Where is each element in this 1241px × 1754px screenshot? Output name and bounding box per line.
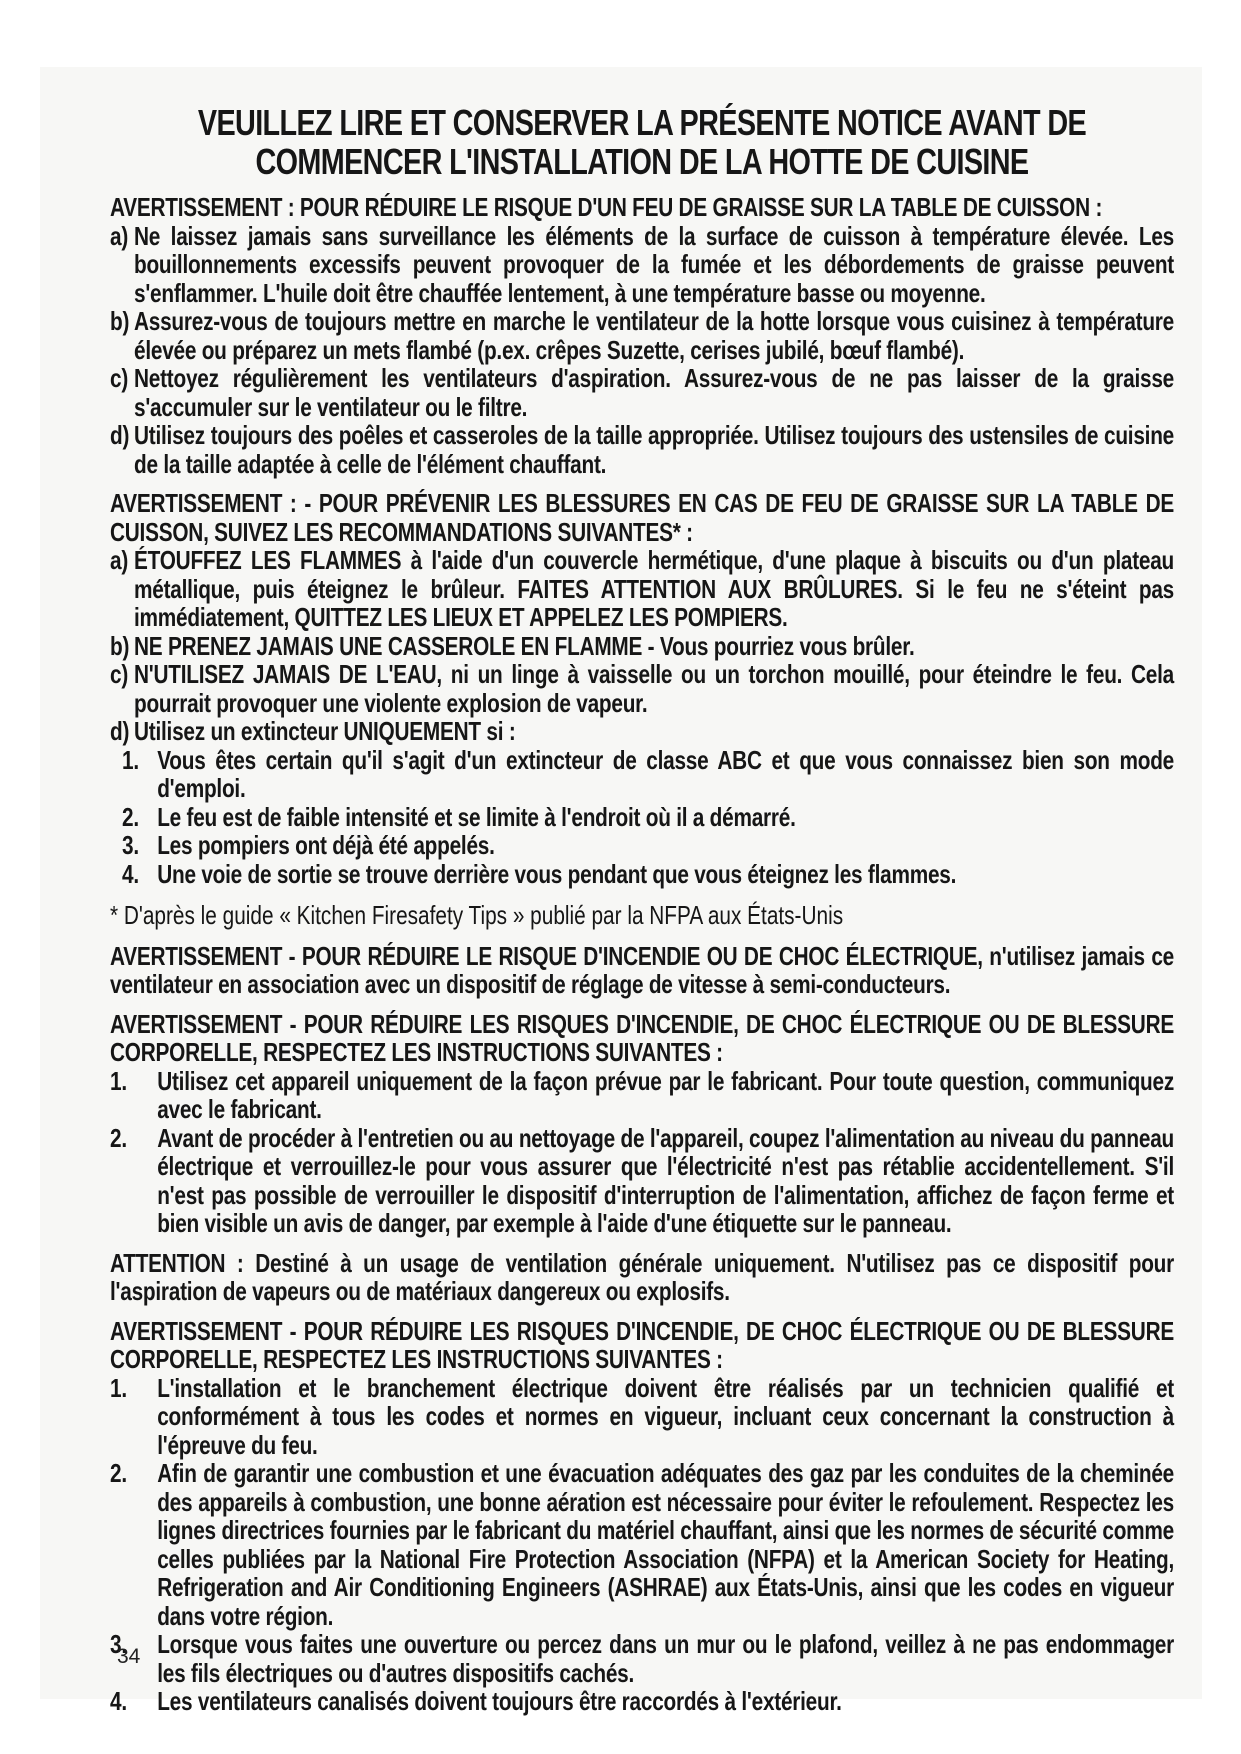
- item-marker: 2.: [122, 803, 139, 832]
- list-item: 3. Les pompiers ont déjà été appelés.: [110, 831, 1174, 860]
- item-marker: 4.: [122, 860, 139, 889]
- page-title-line1: VEUILLEZ LIRE ET CONSERVER LA PRÉSENTE N…: [110, 103, 1174, 142]
- item-text: N'UTILISEZ JAMAIS DE L'EAU, ni un linge …: [134, 659, 1174, 718]
- list-item: 1. L'installation et le branchement élec…: [110, 1374, 1174, 1460]
- item-marker: d): [110, 717, 129, 746]
- item-text: Assurez-vous de toujours mettre en march…: [134, 306, 1174, 365]
- item-marker: a): [110, 546, 128, 575]
- list-item: d) Utilisez toujours des poêles et casse…: [110, 421, 1174, 478]
- item-text: Avant de procéder à l'entretien ou au ne…: [157, 1123, 1174, 1239]
- page-title: VEUILLEZ LIRE ET CONSERVER LA PRÉSENTE N…: [110, 103, 1174, 181]
- footnote: * D'après le guide « Kitchen Firesafety …: [110, 901, 1174, 930]
- page-number: 34: [117, 1645, 140, 1669]
- list-item: b) NE PRENEZ JAMAIS UNE CASSEROLE EN FLA…: [110, 632, 1174, 661]
- list-item: d) Utilisez un extincteur UNIQUEMENT si …: [110, 717, 1174, 746]
- list-item: b) Assurez-vous de toujours mettre en ma…: [110, 307, 1174, 364]
- list-item: 4. Les ventilateurs canalisés doivent to…: [110, 1687, 1174, 1716]
- item-marker: d): [110, 421, 129, 450]
- item-text: Ne laissez jamais sans surveillance les …: [134, 221, 1174, 308]
- warning1-heading: AVERTISSEMENT : POUR RÉDUIRE LE RISQUE D…: [110, 193, 1174, 222]
- warning3-paragraph: AVERTISSEMENT - POUR RÉDUIRE LE RISQUE D…: [110, 942, 1174, 999]
- item-text: Nettoyez régulièrement les ventilateurs …: [134, 363, 1174, 422]
- list-item: c) N'UTILISEZ JAMAIS DE L'EAU, ni un lin…: [110, 660, 1174, 717]
- item-text: Utilisez toujours des poêles et casserol…: [134, 420, 1174, 479]
- list-item: c) Nettoyez régulièrement les ventilateu…: [110, 364, 1174, 421]
- item-marker: 4.: [110, 1687, 127, 1716]
- item-marker: 3.: [122, 831, 139, 860]
- item-marker: 1.: [110, 1374, 127, 1403]
- item-text: ÉTOUFFEZ LES FLAMMES à l'aide d'un couve…: [134, 545, 1174, 632]
- item-text: NE PRENEZ JAMAIS UNE CASSEROLE EN FLAMME…: [134, 631, 914, 661]
- item-text: Les ventilateurs canalisés doivent toujo…: [157, 1686, 842, 1716]
- list-item: 1. Vous êtes certain qu'il s'agit d'un e…: [110, 746, 1174, 803]
- item-text: Utilisez un extincteur UNIQUEMENT si :: [134, 716, 516, 746]
- item-text: Lorsque vous faites une ouverture ou per…: [157, 1629, 1174, 1688]
- list-item: 4. Une voie de sortie se trouve derrière…: [110, 860, 1174, 889]
- item-marker: 1.: [122, 746, 139, 775]
- item-text: L'installation et le branchement électri…: [157, 1373, 1174, 1460]
- list-item: 1. Utilisez cet appareil uniquement de l…: [110, 1067, 1174, 1124]
- list-item: 2. Le feu est de faible intensité et se …: [110, 803, 1174, 832]
- item-marker: b): [110, 307, 129, 336]
- item-marker: 1.: [110, 1067, 127, 1096]
- list-item: 3. Lorsque vous faites une ouverture ou …: [110, 1630, 1174, 1687]
- item-text: Utilisez cet appareil uniquement de la f…: [157, 1066, 1174, 1125]
- item-marker: 2.: [110, 1459, 127, 1488]
- list-item: 2. Avant de procéder à l'entretien ou au…: [110, 1124, 1174, 1238]
- list-item: a) Ne laissez jamais sans surveillance l…: [110, 222, 1174, 308]
- item-text: Afin de garantir une combustion et une é…: [157, 1458, 1174, 1631]
- document-content: VEUILLEZ LIRE ET CONSERVER LA PRÉSENTE N…: [110, 103, 1174, 1716]
- warning2-heading: AVERTISSEMENT : - POUR PRÉVENIR LES BLES…: [110, 489, 1174, 546]
- item-marker: 2.: [110, 1124, 127, 1153]
- page-scan-background: VEUILLEZ LIRE ET CONSERVER LA PRÉSENTE N…: [40, 67, 1202, 1699]
- item-text: Vous êtes certain qu'il s'agit d'un exti…: [157, 745, 1174, 804]
- attention-paragraph: ATTENTION : Destiné à un usage de ventil…: [110, 1249, 1174, 1306]
- warning5-heading: AVERTISSEMENT - POUR RÉDUIRE LES RISQUES…: [110, 1317, 1174, 1374]
- page-title-line2: COMMENCER L'INSTALLATION DE LA HOTTE DE …: [110, 142, 1174, 181]
- item-marker: b): [110, 632, 129, 661]
- item-marker: c): [110, 364, 128, 393]
- item-marker: a): [110, 222, 128, 251]
- warning4-heading: AVERTISSEMENT - POUR RÉDUIRE LES RISQUES…: [110, 1010, 1174, 1067]
- item-text: Une voie de sortie se trouve derrière vo…: [157, 859, 956, 889]
- item-text: Le feu est de faible intensité et se lim…: [157, 802, 795, 832]
- item-marker: c): [110, 660, 128, 689]
- item-text: Les pompiers ont déjà été appelés.: [157, 830, 494, 860]
- list-item: 2. Afin de garantir une combustion et un…: [110, 1459, 1174, 1630]
- list-item: a) ÉTOUFFEZ LES FLAMMES à l'aide d'un co…: [110, 546, 1174, 632]
